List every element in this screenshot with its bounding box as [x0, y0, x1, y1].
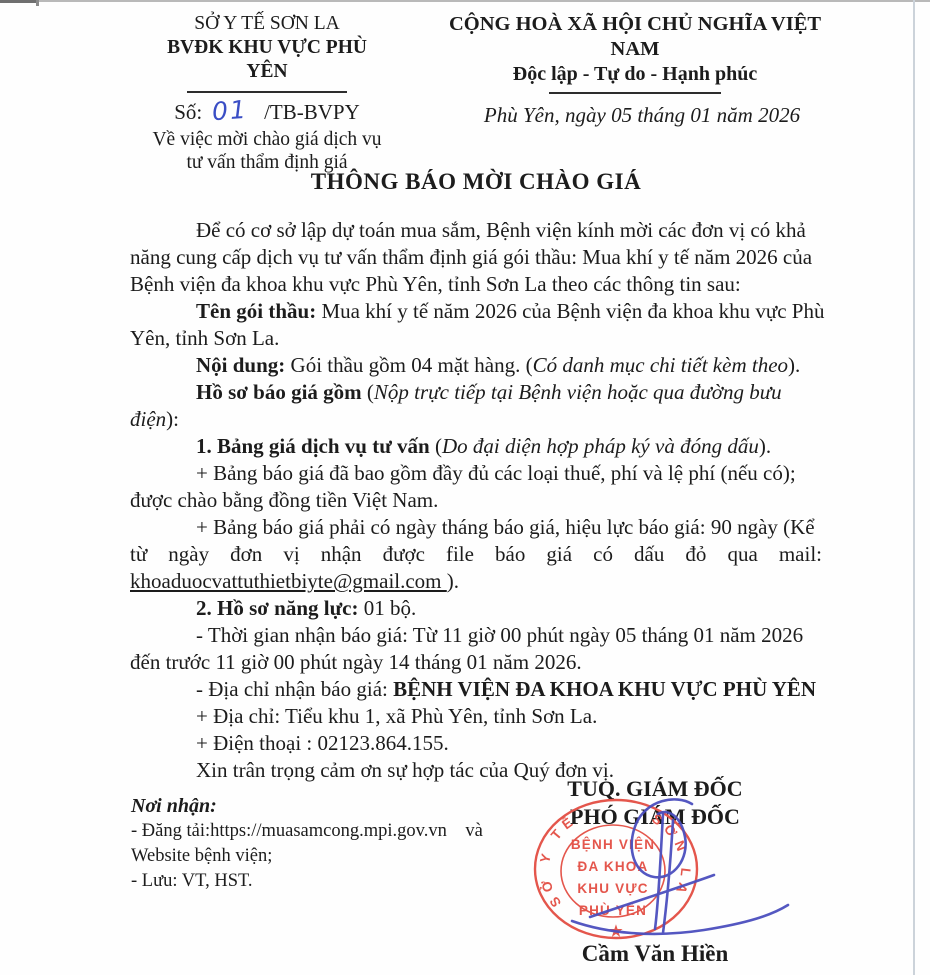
recipient-line: Website bệnh viện;	[131, 844, 483, 869]
body-line: 1. Bảng giá dịch vụ tư vấn (Do đại diện …	[130, 433, 822, 460]
body-line: - Thời gian nhận báo giá: Từ 11 giờ 00 p…	[130, 622, 822, 649]
body-line: năng cung cấp dịch vụ tư vấn thẩm định g…	[130, 244, 822, 271]
stamp-center-line-4: PHÙ YÊN	[579, 903, 647, 918]
signature-cross-stroke	[590, 875, 714, 917]
national-title: CỘNG HOÀ XÃ HỘI CHỦ NGHĨA VIỆT NAM	[432, 12, 838, 62]
body-line: Tên gói thầu: Mua khí y tế năm 2026 của …	[130, 298, 822, 325]
body-line: Nội dung: Gói thầu gồm 04 mặt hàng. (Có …	[130, 352, 822, 379]
stamp-center-line-1: BỆNH VIỆN	[571, 837, 655, 852]
body-line: + Bảng báo giá đã bao gồm đầy đủ các loạ…	[130, 460, 822, 487]
body-line: - Địa chỉ nhận báo giá: BỆNH VIỆN ĐA KHO…	[130, 676, 822, 703]
body-line: + Điện thoại : 02123.864.155.	[130, 730, 822, 757]
body-line: Bệnh viện đa khoa khu vực Phù Yên, tỉnh …	[130, 271, 822, 298]
document-number-row: Số: 01 /TB-BVPY	[148, 99, 386, 129]
national-motto: Độc lập - Tự do - Hạnh phúc	[432, 62, 838, 87]
authority-line-2: PHÓ GIÁM ĐỐC	[470, 803, 840, 831]
document-body: Để có cơ sở lập dự toán mua sắm, Bệnh vi…	[130, 217, 822, 784]
signature-stroke-1	[655, 814, 663, 929]
recipients-label: Nơi nhận:	[131, 793, 483, 819]
document-number-handwritten: 01	[211, 98, 248, 124]
scanned-document-page: SỞ Y TẾ SƠN LA BVĐK KHU VỰC PHÙ YÊN Số: …	[0, 0, 930, 975]
signature-authority-block: TUQ. GIÁM ĐỐC PHÓ GIÁM ĐỐC	[470, 775, 840, 831]
body-line: Để có cơ sở lập dự toán mua sắm, Bệnh vi…	[130, 217, 822, 244]
motto-separator-line	[549, 92, 721, 94]
recipients-lines: - Đăng tải:https://muasamcong.mpi.gov.vn…	[131, 819, 483, 894]
national-motto-block: CỘNG HOÀ XÃ HỘI CHỦ NGHĨA VIỆT NAM Độc l…	[432, 12, 838, 128]
body-line: + Bảng báo giá phải có ngày tháng báo gi…	[130, 514, 822, 541]
recipient-line: - Đăng tải:https://muasamcong.mpi.gov.vn…	[131, 819, 483, 844]
document-number-suffix: /TB-BVPY	[264, 100, 360, 124]
body-line: 2. Hồ sơ năng lực: 01 bộ.	[130, 595, 822, 622]
body-line: điện):	[130, 406, 822, 433]
scan-artifact-tick	[36, 0, 39, 6]
scan-artifact-right-line	[913, 0, 915, 975]
recipients-block: Nơi nhận: - Đăng tải:https://muasamcong.…	[131, 793, 483, 894]
stamp-star-icon: ★	[609, 923, 623, 940]
stamp-center-line-3: KHU VỰC	[577, 881, 648, 896]
stamp-center-line-2: ĐA KHOA	[578, 859, 649, 874]
document-title: THÔNG BÁO MỜI CHÀO GIÁ	[130, 169, 822, 195]
stamp-inner-ring	[561, 825, 665, 917]
recipient-line: - Lưu: VT, HST.	[131, 869, 483, 894]
issuing-org-block: SỞ Y TẾ SƠN LA BVĐK KHU VỰC PHÙ YÊN Số: …	[148, 12, 386, 174]
signature-stroke-2	[663, 820, 673, 933]
body-line: đến trước 11 giờ 00 phút ngày 14 tháng 0…	[130, 649, 822, 676]
body-line: + Địa chỉ: Tiểu khu 1, xã Phù Yên, tỉnh …	[130, 703, 822, 730]
body-line: Hồ sơ báo giá gồm (Nộp trực tiếp tại Bện…	[130, 379, 822, 406]
place-date-line: Phù Yên, ngày 05 tháng 01 năm 2026	[432, 103, 838, 128]
body-line: khoaduocvattuthietbiyte@gmail.com ).	[130, 568, 822, 595]
document-number-label: Số:	[174, 100, 202, 124]
org-name: BVĐK KHU VỰC PHÙ YÊN	[148, 36, 386, 84]
signer-name: Cầm Văn Hiền	[470, 941, 840, 967]
body-line: được chào bằng đồng tiền Việt Nam.	[130, 487, 822, 514]
body-line: từ ngày đơn vị nhận được file báo giá có…	[130, 541, 822, 568]
parent-org: SỞ Y TẾ SƠN LA	[148, 12, 386, 36]
body-line: Yên, tỉnh Sơn La.	[130, 325, 822, 352]
scan-artifact-top-left-segment	[0, 0, 37, 3]
authority-line-1: TUQ. GIÁM ĐỐC	[470, 775, 840, 803]
signature-flourish	[572, 905, 788, 934]
scan-artifact-top-line	[0, 0, 930, 2]
subject-line-1: Về việc mời chào giá dịch vụ	[148, 129, 386, 152]
org-separator-line	[187, 91, 347, 93]
